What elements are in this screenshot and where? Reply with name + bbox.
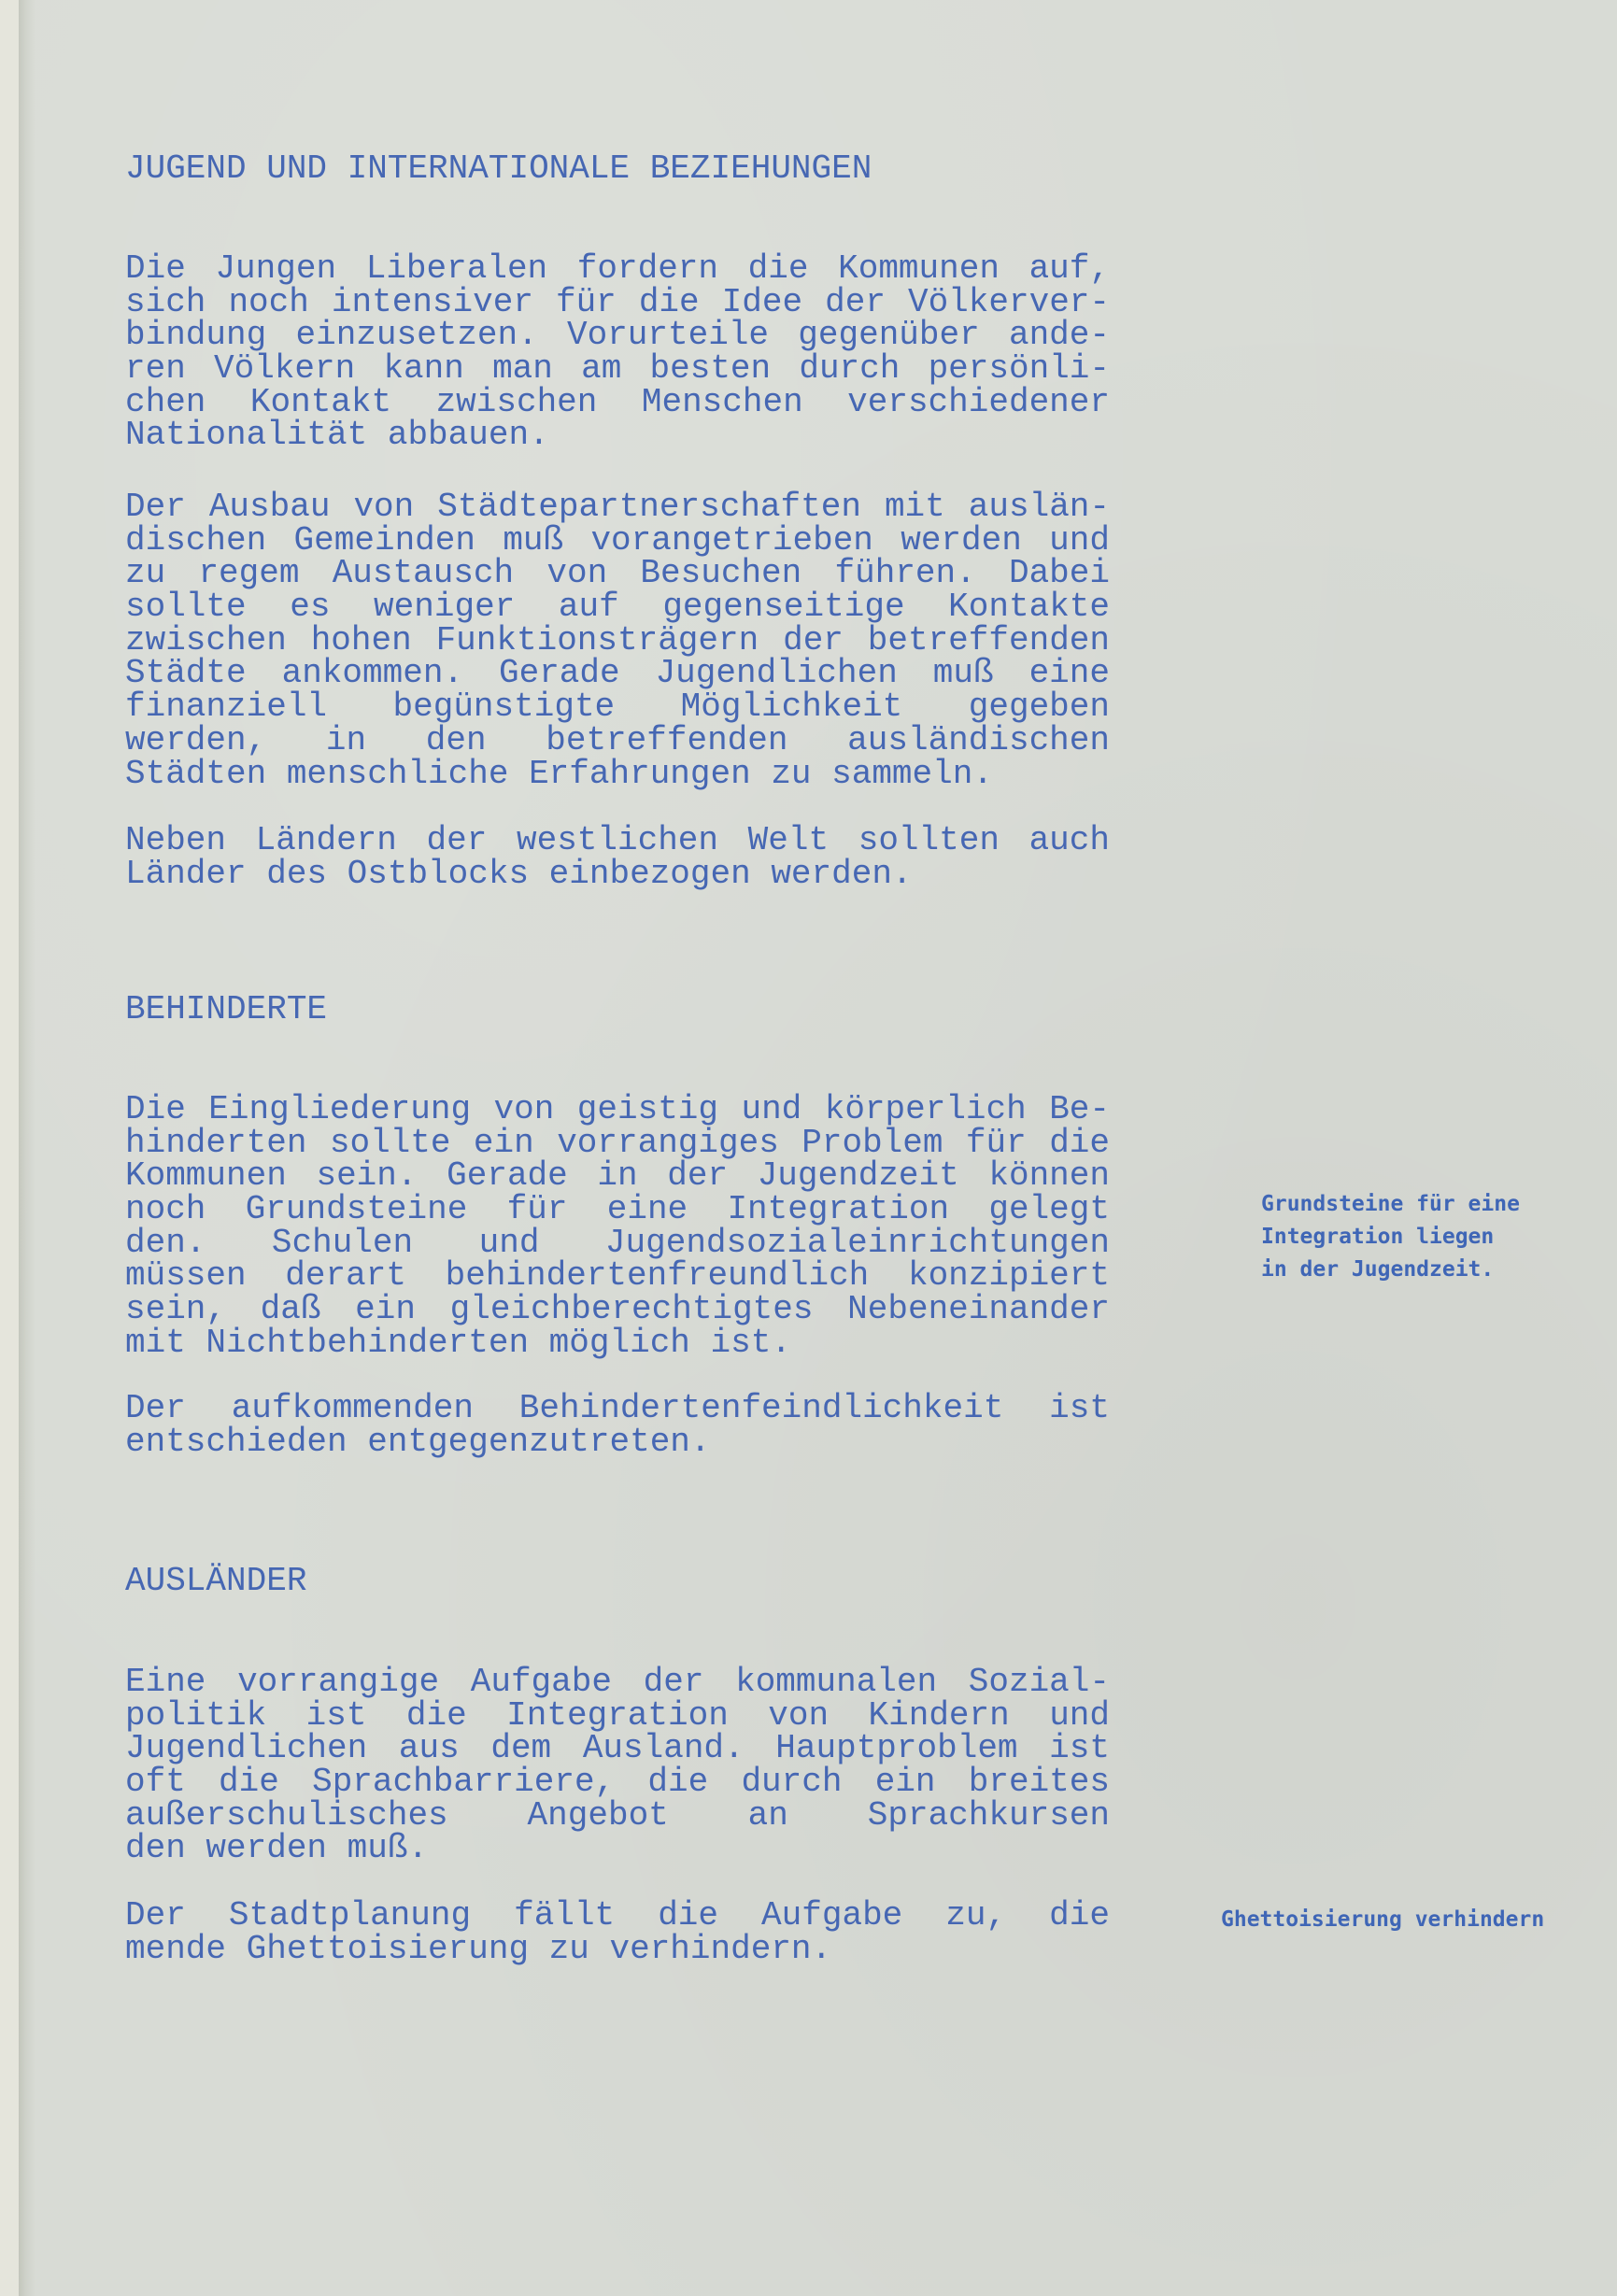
text-line: zwischen hohen Funktionsträgern der betr… bbox=[125, 624, 1110, 658]
margin-note-line: Grundsteine für eine bbox=[1261, 1188, 1520, 1221]
text-line: finanziell begünstigte Möglichkeit gegeb… bbox=[125, 690, 1110, 724]
paragraph-ostblock: Neben Ländern der westlichen Welt sollte… bbox=[125, 824, 1110, 890]
text-line: chen Kontakt zwischen Menschen verschied… bbox=[125, 386, 1110, 419]
text-line: Die Jungen Liberalen fordern die Kommune… bbox=[125, 252, 1110, 286]
section-heading-auslaender: AUSLÄNDER bbox=[125, 1565, 306, 1598]
text-line: Länder des Ostblocks einbezogen werden. bbox=[125, 857, 1110, 891]
section-heading-jugend: JUGEND UND INTERNATIONALE BEZIEHUNGEN bbox=[125, 152, 872, 186]
text-line: außerschulisches Angebot an Sprachkursen… bbox=[125, 1799, 1110, 1833]
text-line: Der aufkommenden Behindertenfeindlichkei… bbox=[125, 1392, 1110, 1425]
text-line: zu regem Austausch von Besuchen führen. … bbox=[125, 557, 1110, 590]
paragraph-staedtepartnerschaften: Der Ausbau von Städtepartnerschaften mit… bbox=[125, 490, 1110, 790]
margin-note-line: Integration liegen bbox=[1261, 1221, 1520, 1254]
text-line: Neben Ländern der westlichen Welt sollte… bbox=[125, 824, 1110, 857]
text-line: bindung einzusetzen. Vorurteile gegenübe… bbox=[125, 319, 1110, 352]
text-line: sollte es weniger auf gegenseitige Konta… bbox=[125, 590, 1110, 624]
text-line: mende Ghettoisierung zu verhindern. bbox=[125, 1933, 1110, 1966]
text-line: den werden muß. bbox=[125, 1832, 1110, 1865]
paragraph-stadtplanung: Der Stadtplanung fällt die Aufgabe zu, d… bbox=[125, 1899, 1110, 1965]
text-line: Kommunen sein. Gerade in der Jugendzeit … bbox=[125, 1159, 1110, 1193]
text-line: den. Schulen und Jugendsozialeinrichtung… bbox=[125, 1226, 1110, 1260]
text-line: politik ist die Integration von Kindern … bbox=[125, 1699, 1110, 1733]
margin-note-grundsteine: Grundsteine für eine Integration liegen … bbox=[1261, 1188, 1520, 1286]
text-line: Der Ausbau von Städtepartnerschaften mit… bbox=[125, 490, 1110, 524]
text-line: sein, daß ein gleichberechtigtes Nebenei… bbox=[125, 1293, 1110, 1326]
text-line: hinderten sollte ein vorrangiges Problem… bbox=[125, 1127, 1110, 1160]
text-line: Städten menschliche Erfahrungen zu samme… bbox=[125, 758, 1110, 791]
text-line: noch Grundsteine für eine Integration ge… bbox=[125, 1193, 1110, 1226]
text-line: sich noch intensiver für die Idee der Vö… bbox=[125, 286, 1110, 319]
paragraph-integration-ausland: Eine vorrangige Aufgabe der kommunalen S… bbox=[125, 1665, 1110, 1865]
section-heading-behinderte: BEHINDERTE bbox=[125, 993, 327, 1027]
text-line: Städte ankommen. Gerade Jugendlichen muß… bbox=[125, 657, 1110, 690]
margin-note-ghettoisierung: Ghettoisierung verhindern bbox=[1221, 1904, 1544, 1936]
text-line: Jugendlichen aus dem Ausland. Hauptprobl… bbox=[125, 1732, 1110, 1765]
paragraph-behindertenfeindlichkeit: Der aufkommenden Behindertenfeindlichkei… bbox=[125, 1392, 1110, 1458]
text-line: entschieden entgegenzutreten. bbox=[125, 1425, 1110, 1459]
paragraph-voelkerverbindung: Die Jungen Liberalen fordern die Kommune… bbox=[125, 252, 1110, 452]
text-line: müssen derart behindertenfreundlich konz… bbox=[125, 1259, 1110, 1293]
margin-note-line: in der Jugendzeit. bbox=[1261, 1254, 1520, 1286]
text-line: dischen Gemeinden muß vorangetrieben wer… bbox=[125, 524, 1110, 558]
text-line: Nationalität abbauen. bbox=[125, 418, 1110, 452]
text-line: oft die Sprachbarriere, die durch ein br… bbox=[125, 1765, 1110, 1799]
text-line: ren Völkern kann man am besten durch per… bbox=[125, 352, 1110, 386]
margin-note-line: Ghettoisierung verhindern bbox=[1221, 1904, 1544, 1936]
scan-edge-strip bbox=[0, 0, 19, 2296]
text-line: Eine vorrangige Aufgabe der kommunalen S… bbox=[125, 1665, 1110, 1699]
text-line: mit Nichtbehinderten möglich ist. bbox=[125, 1326, 1110, 1360]
text-line: werden, in den betreffenden ausländische… bbox=[125, 724, 1110, 758]
text-line: Der Stadtplanung fällt die Aufgabe zu, d… bbox=[125, 1899, 1110, 1933]
text-line: Die Eingliederung von geistig und körper… bbox=[125, 1093, 1110, 1127]
paragraph-eingliederung: Die Eingliederung von geistig und körper… bbox=[125, 1093, 1110, 1360]
